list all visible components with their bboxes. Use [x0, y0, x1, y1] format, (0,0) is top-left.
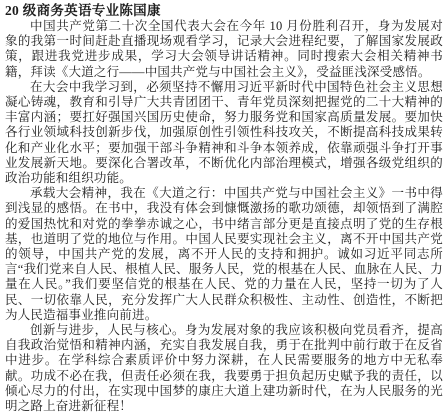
paragraph-2: 在大会中我学习到，必须坚持不懈用习近平新时代中国特色社会主义思想凝心铸魂，教育和… — [5, 80, 443, 186]
paragraph-1: 中国共产党第二十次全国代表大会在今年 10 月份胜利召开，身为发展对象的我第一时… — [5, 19, 443, 80]
paragraph-3: 承载大会精神，我在《大道之行：中国共产党与中国社会主义》一书中得到浅显的感悟。在… — [5, 186, 443, 323]
document-title: 20 级商务英语专业陈国康 — [5, 3, 443, 19]
document-page: 20 级商务英语专业陈国康 中国共产党第二十次全国代表大会在今年 10 月份胜利… — [0, 0, 448, 419]
paragraph-4: 创新与进步，人民与核心。身为发展对象的我应该积极向党员看齐，提高自我政治觉悟和精… — [5, 323, 443, 414]
